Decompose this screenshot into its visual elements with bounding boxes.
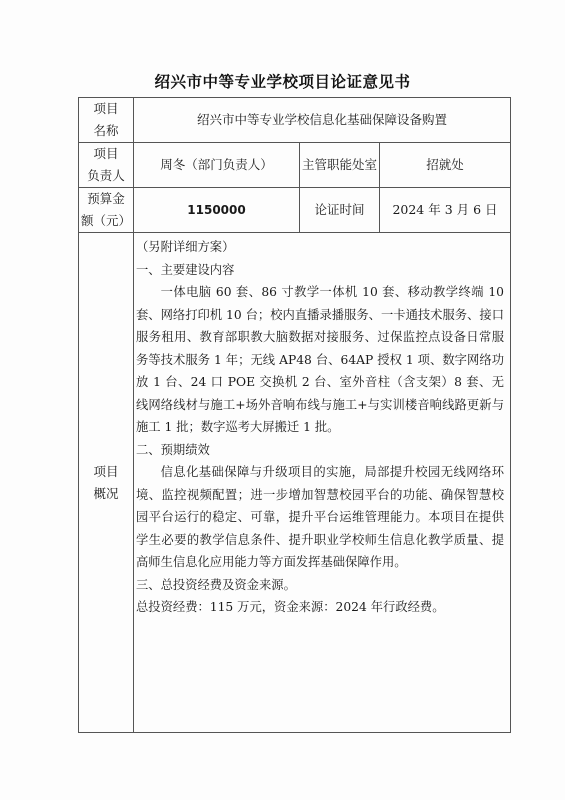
date-label: 论证时间 (300, 188, 379, 232)
section2-body: 信息化基础保障与升级项目的实施，局部提升校园无线网络环境、监控视频配置；进一步增… (136, 461, 504, 574)
section3-body: 总投资经费：115 万元，资金来源：2024 年行政经费。 (136, 596, 504, 619)
label-line: 项目 (93, 98, 118, 120)
section1-body: 一体电脑 60 套、86 寸教学一体机 10 套、移动教学终端 10 套、网络打… (136, 281, 504, 439)
label-line: 额（元） (81, 210, 131, 232)
section3-heading: 三、总投资经费及资金来源。 (136, 574, 504, 597)
row-divider (78, 232, 511, 233)
label-line: 名称 (93, 120, 118, 142)
budget-label: 预算金 额（元） (79, 188, 133, 232)
budget-value: 1150000 (134, 188, 299, 232)
label-line: 概况 (93, 483, 118, 505)
label-line: 负责人 (87, 165, 125, 187)
section1-heading: 一、主要建设内容 (136, 259, 504, 282)
project-leader-value: 周冬（部门负责人） (134, 143, 299, 187)
section2-heading: 二、预期绩效 (136, 439, 504, 462)
dept-label: 主管职能处室 (300, 143, 379, 187)
project-leader-label: 项目 负责人 (79, 143, 133, 187)
date-value: 2024 年 3 月 6 日 (380, 188, 510, 232)
document-title: 绍兴市中等专业学校项目论证意见书 (0, 70, 565, 92)
project-name-label: 项目 名称 (79, 98, 133, 142)
overview-note: （另附详细方案） (136, 236, 504, 259)
overview-content: （另附详细方案） 一、主要建设内容 一体电脑 60 套、86 寸教学一体机 10… (136, 236, 504, 619)
dept-value: 招就处 (380, 143, 510, 187)
overview-label: 项目 概况 (79, 233, 133, 733)
label-line: 预算金 (87, 188, 125, 210)
label-line: 项目 (93, 143, 118, 165)
label-line: 项目 (93, 461, 118, 483)
project-name-value: 绍兴市中等专业学校信息化基础保障设备购置 (134, 98, 510, 142)
